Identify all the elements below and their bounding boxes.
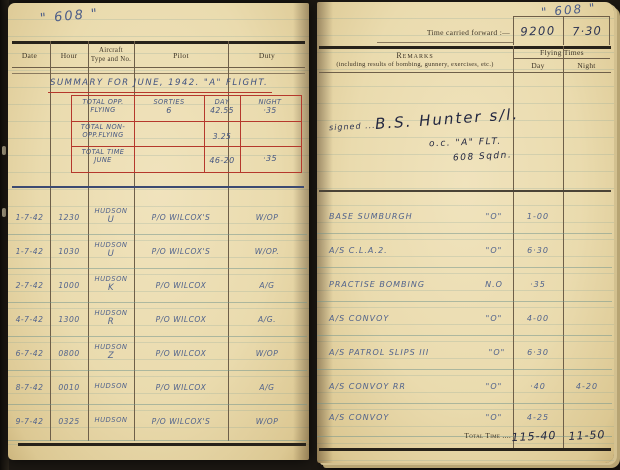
- total-time-label: Total Time ....: [427, 431, 511, 440]
- aircraft-type: HUDSON: [94, 383, 127, 391]
- carried-forward-col-rule: [609, 16, 610, 45]
- entry-pilot: P/O WILCOX'S: [134, 404, 228, 438]
- entry-aircraft: HUDSONK: [88, 268, 134, 302]
- remarks-row: PRACTISE BOMBING N.O ·35: [317, 267, 612, 302]
- aircraft-letter: U: [108, 216, 115, 226]
- entry-code: "O": [483, 335, 511, 369]
- log-row: 4-7-42 1300 HUDSONR P/O WILCOX A/G.: [8, 302, 307, 337]
- summary-night-header: NIGHT: [241, 98, 299, 106]
- entry-duty: W/OP: [228, 404, 306, 438]
- log-row: 1-7-42 1030 HUDSONU P/O WILCOX'S W/OP.: [8, 234, 307, 269]
- entry-duty: W/OP: [228, 200, 306, 234]
- entry-night-time: 4-20: [563, 369, 611, 403]
- page-bottom-rule: [18, 443, 306, 446]
- entry-date: 4-7-42: [9, 302, 50, 336]
- signature-name: B.S. Hunter s/l.: [375, 105, 520, 133]
- aircraft-letter: R: [108, 318, 114, 328]
- remarks-row: BASE SUMBURGH "O" 1-00: [317, 199, 612, 234]
- entry-aircraft: HUDSONU: [88, 200, 134, 234]
- entry-hour: 0010: [50, 370, 88, 404]
- summary-label-line: TOTAL NON-: [73, 123, 133, 131]
- summary-sorties-value: 6: [135, 106, 203, 116]
- summary-row-rule: [72, 146, 301, 147]
- carried-forward-night-value: 7·30: [565, 23, 609, 39]
- remarks-row: A/S CONVOY "O" 4-00: [317, 301, 612, 336]
- summary-day-value: 3.25: [205, 132, 239, 141]
- entry-pilot: P/O WILCOX: [134, 302, 228, 336]
- summary-title: SUMMARY FOR JUNE, 1942. "A" FLIGHT.: [50, 78, 268, 88]
- entry-code: "O": [477, 369, 511, 403]
- entry-remarks: A/S CONVOY: [329, 403, 477, 431]
- entry-code: "O": [477, 301, 511, 335]
- summary-day-value: 46-20: [205, 156, 239, 166]
- carried-forward-label-rule: [377, 42, 513, 43]
- signed-label: signed ....: [329, 121, 380, 133]
- entry-hour: 1230: [50, 200, 88, 234]
- logbook-scan: " 608 " Date Hour Aircraft Type and No. …: [0, 0, 620, 470]
- carried-forward-label: Time carried forward :—: [377, 28, 510, 37]
- page-bottom-rule: [319, 448, 611, 451]
- summary-row-label: TOTAL TIME JUNE: [73, 148, 133, 164]
- june-summary-table: TOTAL OPP. FLYING SORTIES 6 DAY 42.55 NI…: [71, 95, 302, 173]
- remarks-row: A/S PATROL SLIPS III "O" 6·30: [317, 335, 612, 370]
- col-header-pilot: Pilot: [134, 51, 228, 60]
- entry-date: 9-7-42: [9, 404, 50, 438]
- summary-label-line: TOTAL OPP.: [73, 98, 133, 106]
- remarks-row: A/S CONVOY RR "O" ·40 4-20: [317, 369, 612, 404]
- header-bottom-rule: [12, 67, 305, 68]
- summary-day-cell: DAY 42.55: [205, 98, 239, 116]
- col-header-aircraft-1: Aircraft: [88, 47, 134, 54]
- log-row: 1-7-42 1230 HUDSONU P/O WILCOX'S W/OP: [8, 200, 307, 235]
- entry-aircraft: HUDSONZ: [88, 336, 134, 370]
- total-night-value: 11-50: [563, 428, 612, 443]
- entry-code: "O": [477, 199, 511, 233]
- carried-forward-col-rule: [513, 16, 514, 45]
- summary-night-value: ·35: [241, 106, 299, 115]
- summary-row-label: TOTAL OPP. FLYING: [73, 98, 133, 114]
- binding-stitch: [2, 208, 6, 217]
- ruleoff-line: [319, 190, 611, 192]
- flying-times-sub-rule: [513, 58, 610, 59]
- entry-hour: 1300: [50, 302, 88, 336]
- entry-day-time: 1-00: [513, 199, 563, 233]
- summary-label-line: TOTAL TIME: [73, 148, 133, 156]
- entry-remarks: A/S CONVOY: [329, 301, 477, 335]
- summary-day-header: DAY: [205, 98, 239, 106]
- entry-hour: 1000: [50, 268, 88, 302]
- entry-night-time: [563, 267, 611, 301]
- carried-forward-col-rule: [563, 16, 564, 45]
- page-number-note: " 608 ": [39, 6, 99, 26]
- log-row: 2-7-42 1000 HUDSONK P/O WILCOX A/G: [8, 268, 307, 303]
- carried-forward-top-rule: [513, 16, 610, 17]
- entry-aircraft: HUDSON: [88, 404, 134, 438]
- summary-row-rule: [72, 121, 301, 122]
- signature-unit: o.c. "A" FLT.: [429, 137, 502, 150]
- entry-remarks: A/S PATROL SLIPS III: [329, 335, 491, 369]
- entry-code: "O": [477, 403, 511, 431]
- entry-remarks: PRACTISE BOMBING: [329, 267, 477, 301]
- entry-duty: A/G: [228, 268, 306, 302]
- entry-day-time: ·40: [513, 369, 563, 403]
- left-page: " 608 " Date Hour Aircraft Type and No. …: [8, 3, 309, 460]
- header-top-rule: [12, 41, 305, 44]
- col-header-duty: Duty: [228, 51, 306, 60]
- header-sub-rule: [12, 73, 305, 74]
- entry-remarks: A/S CONVOY RR: [329, 369, 477, 403]
- entry-date: 6-7-42: [9, 336, 50, 370]
- entry-pilot: P/O WILCOX'S: [134, 234, 228, 268]
- log-row: 6-7-42 0800 HUDSONZ P/O WILCOX W/OP: [8, 336, 307, 371]
- aircraft-letter: K: [108, 284, 114, 294]
- header-bottom-rule: [319, 72, 611, 73]
- summary-label-line: FLYING: [73, 106, 133, 114]
- entry-code: N.O: [477, 267, 511, 301]
- entry-pilot: P/O WILCOX: [134, 268, 228, 302]
- summary-night-cell: NIGHT ·35: [241, 98, 299, 116]
- summary-sorties-cell: SORTIES 6: [135, 98, 203, 116]
- entry-day-time: ·35: [513, 267, 563, 301]
- right-page: " 608 " Time carried forward :— 9200 7·3…: [317, 2, 614, 463]
- entry-hour: 1030: [50, 234, 88, 268]
- entry-day-time: 6·30: [513, 233, 563, 267]
- entry-night-time: [563, 199, 611, 233]
- entry-night-time: [563, 233, 611, 267]
- summary-underline: [48, 92, 272, 93]
- entry-aircraft: HUDSON: [88, 370, 134, 404]
- entry-aircraft: HUDSONR: [88, 302, 134, 336]
- log-row: 8-7-42 0010 HUDSON P/O WILCOX A/G: [8, 370, 307, 405]
- aircraft-letter: U: [108, 250, 115, 260]
- ink-ruleoff-line: [12, 186, 304, 188]
- entry-duty: W/OP.: [228, 234, 306, 268]
- col-header-date: Date: [9, 51, 50, 60]
- night-col-header: Night: [563, 61, 610, 70]
- col-header-hour: Hour: [50, 51, 88, 60]
- aircraft-type: HUDSON: [94, 417, 127, 425]
- total-day-value: 115-40: [505, 428, 564, 444]
- summary-day-value: 42.55: [205, 106, 239, 115]
- remarks-header: Remarks: [317, 51, 513, 60]
- entry-duty: W/OP: [228, 336, 306, 370]
- entry-date: 2-7-42: [9, 268, 50, 302]
- day-col-header: Day: [513, 61, 563, 70]
- entry-date: 1-7-42: [9, 234, 50, 268]
- entry-night-time: [563, 335, 611, 369]
- summary-sorties-header: SORTIES: [135, 98, 203, 106]
- binding-stitch: [2, 146, 6, 155]
- entry-duty: A/G: [228, 370, 306, 404]
- summary-label-line: OPP.FLYING: [73, 131, 133, 139]
- entry-remarks: A/S C.L.A.2.: [329, 233, 477, 267]
- entry-duty: A/G.: [228, 302, 306, 336]
- carried-forward-day-value: 9200: [515, 23, 561, 39]
- aircraft-letter: Z: [108, 352, 114, 362]
- entry-date: 1-7-42: [9, 200, 50, 234]
- entry-aircraft: HUDSONU: [88, 234, 134, 268]
- entry-night-time: [563, 301, 611, 335]
- summary-label-line: JUNE: [73, 156, 133, 164]
- entry-day-time: 4-00: [513, 301, 563, 335]
- entry-code: "O": [477, 233, 511, 267]
- col-header-aircraft-2: Type and No.: [88, 56, 134, 63]
- log-row: 9-7-42 0325 HUDSON P/O WILCOX'S W/OP: [8, 404, 307, 441]
- remarks-header-sub: (including results of bombing, gunnery, …: [317, 61, 513, 68]
- entry-day-time: 6·30: [513, 335, 563, 369]
- entry-night-time: [563, 403, 611, 431]
- summary-night-value: ·35: [241, 154, 299, 164]
- entry-date: 8-7-42: [9, 370, 50, 404]
- entry-pilot: P/O WILCOX'S: [134, 200, 228, 234]
- entry-remarks: BASE SUMBURGH: [329, 199, 477, 233]
- entry-pilot: P/O WILCOX: [134, 370, 228, 404]
- flying-times-header: Flying Times: [513, 48, 611, 57]
- entry-pilot: P/O WILCOX: [134, 336, 228, 370]
- remarks-row: A/S C.L.A.2. "O" 6·30: [317, 233, 612, 268]
- entry-day-time: 4-25: [513, 403, 563, 431]
- entry-hour: 0325: [50, 404, 88, 438]
- summary-row-label: TOTAL NON- OPP.FLYING: [73, 123, 133, 139]
- signature-squadron: 608 Sqdn.: [453, 150, 513, 163]
- entry-hour: 0800: [50, 336, 88, 370]
